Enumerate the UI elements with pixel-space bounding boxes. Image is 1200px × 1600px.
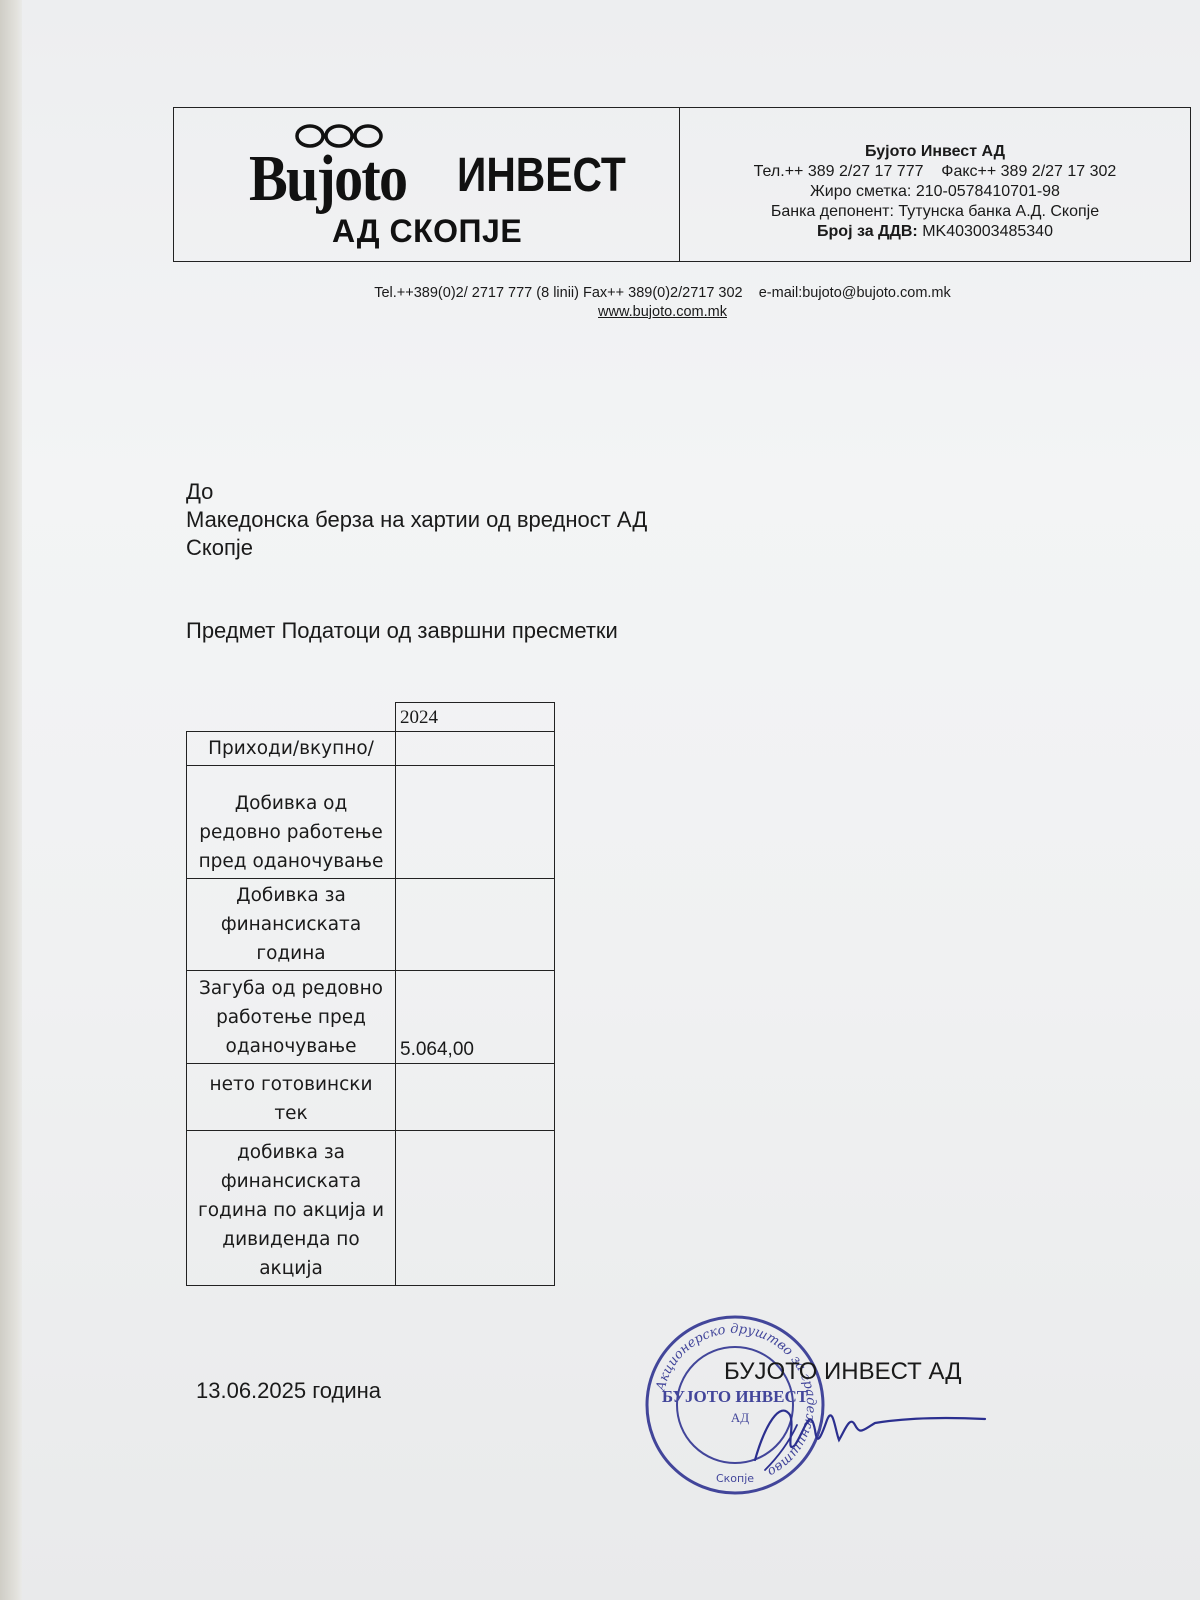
table-row: Добивка за финансиската година xyxy=(187,879,555,971)
year-header: 2024 xyxy=(396,703,555,732)
giro-account: Жиро сметка: 210-0578410701-98 xyxy=(680,182,1190,202)
contact-line: Tel.++389(0)2/ 2717 777 (8 linii) Fax++ … xyxy=(125,284,1200,303)
phone-fax: Тел.++ 389 2/27 17 777 Факс++ 389 2/27 1… xyxy=(680,162,1190,182)
depositor-bank: Банка депонент: Тутунска банка А.Д. Скоп… xyxy=(680,202,1190,222)
logo-brand: Bujoto xyxy=(249,146,406,212)
adjacent-page-edge xyxy=(0,0,24,1600)
financial-data-table: 2024 Приходи/вкупно/ Добивка од редовно … xyxy=(186,702,555,1286)
company-details: Бујото Инвест АД Тел.++ 389 2/27 17 777 … xyxy=(680,108,1190,261)
document-date: 13.06.2025 година xyxy=(196,1378,381,1404)
table-row: Приходи/вкупно/ xyxy=(187,732,555,766)
row-label: Загуба од редовно работење пред оданочув… xyxy=(187,971,396,1064)
row-value xyxy=(396,766,555,879)
row-value: 5.064,00 xyxy=(396,971,555,1064)
website-link[interactable]: www.bujoto.com.mk xyxy=(125,303,1200,322)
table-header-row: 2024 xyxy=(187,703,555,732)
empty-header-cell xyxy=(187,703,396,732)
vat-number: MK403003485340 xyxy=(922,223,1053,240)
vat-label: Број за ДДВ: xyxy=(817,223,918,240)
row-value xyxy=(396,879,555,971)
signatory-company: БУЈОТО ИНВЕСТ АД xyxy=(724,1358,962,1386)
logo-invest: ИНВЕСТ xyxy=(457,152,626,200)
recipient-block: До Македонска берза на хартии од вреднос… xyxy=(186,478,647,562)
row-label: Приходи/вкупно/ xyxy=(187,732,396,766)
row-value xyxy=(396,732,555,766)
table-row: Добивка од редовно работење пред оданочу… xyxy=(187,766,555,879)
row-value xyxy=(396,1064,555,1131)
row-label: нето готовински тек xyxy=(187,1064,396,1131)
row-value xyxy=(396,1131,555,1286)
contact-info: Tel.++389(0)2/ 2717 777 (8 linii) Fax++ … xyxy=(0,284,1200,322)
signature-icon xyxy=(735,1385,995,1475)
recipient-city: Скопје xyxy=(186,534,647,562)
table-row: нето готовински тек xyxy=(187,1064,555,1131)
company-logo: Bujoto ИНВЕСТ АД СКОПЈЕ xyxy=(174,108,680,261)
recipient-name: Македонска берза на хартии од вредност А… xyxy=(186,506,647,534)
letterhead: Bujoto ИНВЕСТ АД СКОПЈЕ Бујото Инвест АД… xyxy=(173,107,1191,262)
logo-city: АД СКОПЈЕ xyxy=(332,213,522,250)
vat-line: Број за ДДВ: MK403003485340 xyxy=(680,222,1190,242)
recipient-to: До xyxy=(186,478,647,506)
row-label: добивка за финансиската година по акција… xyxy=(187,1131,396,1286)
row-label: Добивка за финансиската година xyxy=(187,879,396,971)
table-row: Загуба од редовно работење пред оданочув… xyxy=(187,971,555,1064)
subject-line: Предмет Податоци од завршни пресметки xyxy=(186,618,618,644)
company-name: Бујото Инвест АД xyxy=(680,142,1190,162)
row-label: Добивка од редовно работење пред оданочу… xyxy=(187,766,396,879)
table-row: добивка за финансиската година по акција… xyxy=(187,1131,555,1286)
